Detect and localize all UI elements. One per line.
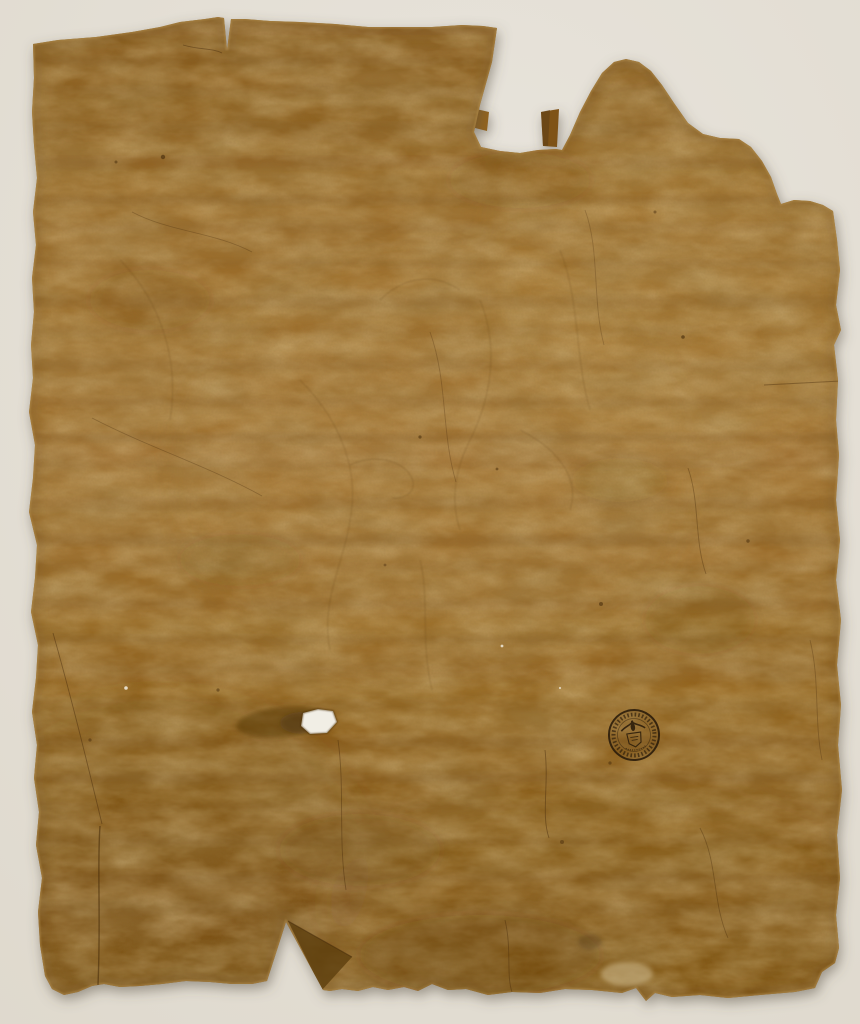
press-band-light bbox=[24, 753, 840, 762]
light-haze bbox=[601, 962, 653, 986]
press-band bbox=[24, 498, 840, 510]
press-band-light bbox=[24, 413, 840, 422]
press-band bbox=[24, 462, 840, 469]
artifact-photograph bbox=[0, 0, 860, 1024]
press-band-light bbox=[24, 209, 840, 218]
press-band bbox=[24, 773, 840, 783]
press-band-light bbox=[24, 889, 840, 898]
press-band bbox=[24, 361, 840, 371]
press-band bbox=[24, 223, 840, 231]
press-band bbox=[24, 903, 840, 915]
press-band-light bbox=[24, 821, 840, 830]
press-band bbox=[24, 535, 840, 546]
paper-surface bbox=[0, 8, 860, 1024]
press-band bbox=[24, 801, 840, 810]
photo-stage bbox=[0, 0, 860, 1024]
press-band-light bbox=[24, 481, 840, 490]
press-band bbox=[24, 260, 840, 267]
press-band bbox=[24, 737, 840, 748]
press-band-light bbox=[24, 549, 840, 558]
press-band bbox=[24, 434, 840, 442]
press-band bbox=[24, 397, 840, 406]
press-band bbox=[24, 159, 840, 169]
press-band bbox=[24, 874, 840, 881]
press-band bbox=[24, 700, 840, 712]
press-band bbox=[24, 195, 840, 204]
press-band-light bbox=[24, 345, 840, 354]
press-band bbox=[24, 563, 840, 573]
press-band bbox=[24, 664, 840, 671]
